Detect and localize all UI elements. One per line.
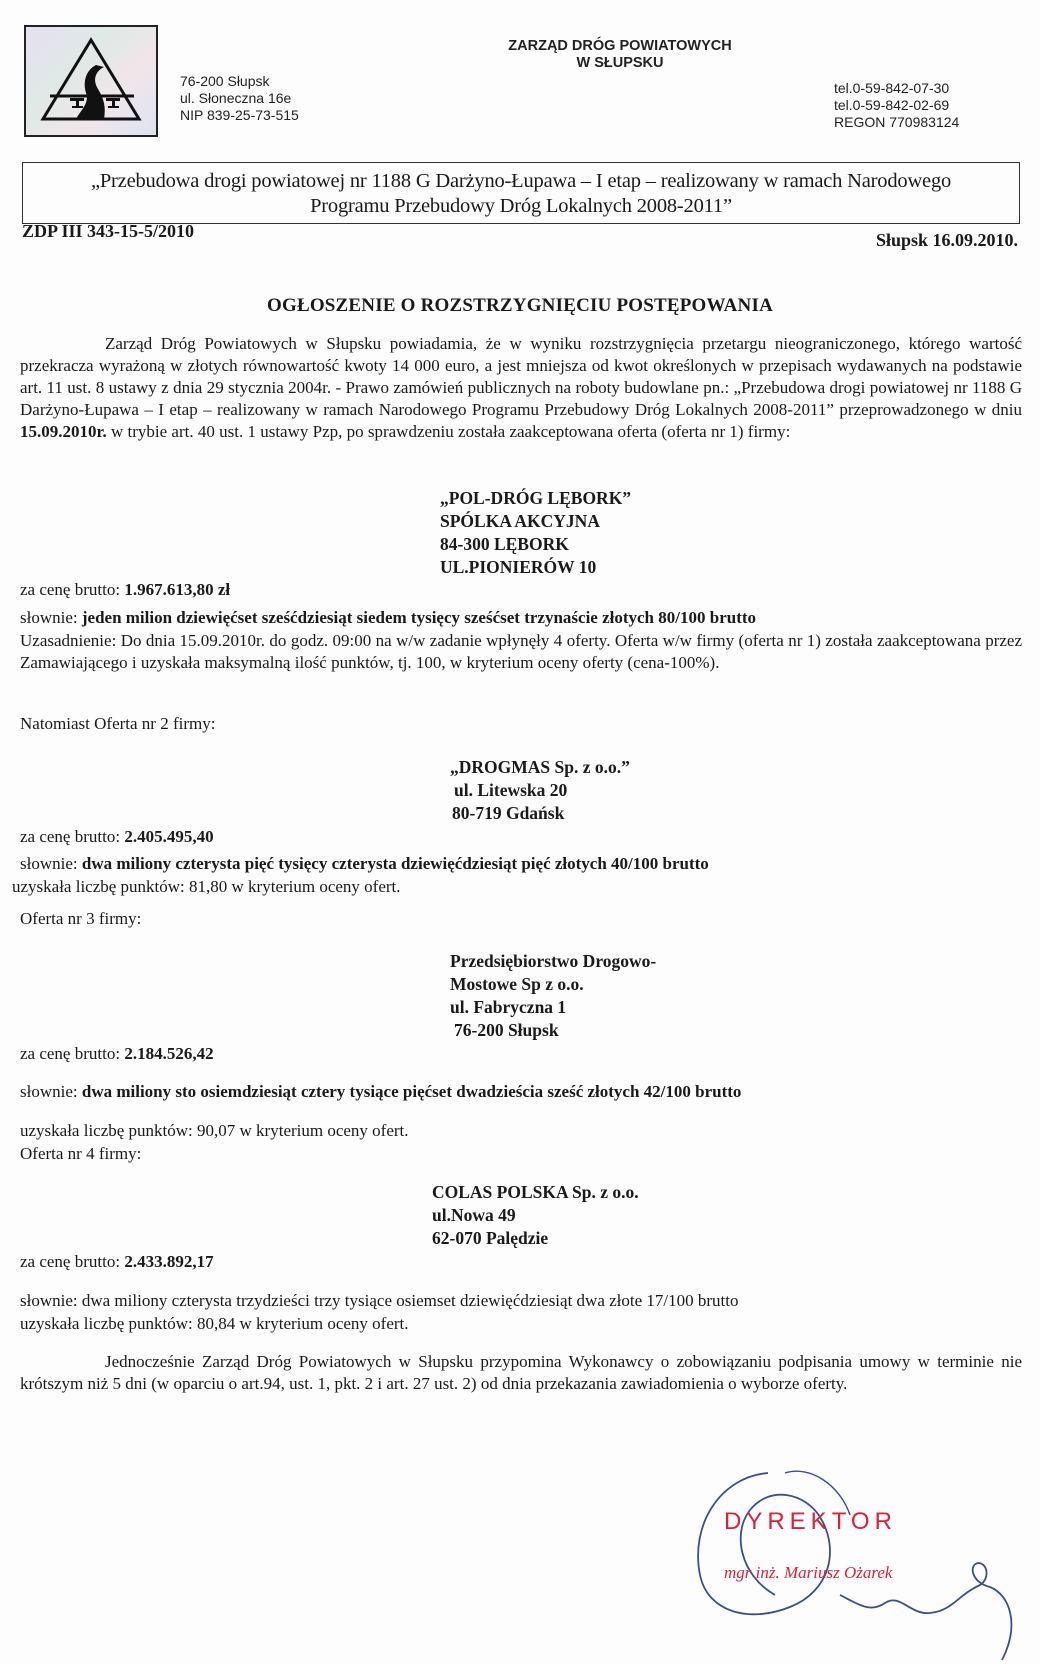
price-label: za cenę brutto: bbox=[20, 580, 124, 599]
project-title-line-1: „Przebudowa drogi powiatowej nr 1188 G D… bbox=[23, 169, 1019, 194]
offer-3-company-name-cont: Mostowe Sp z o.o. bbox=[450, 973, 656, 996]
address-nip: NIP 839-25-73-515 bbox=[180, 107, 299, 124]
intro-text: Zarząd Dróg Powiatowych w Słupsku powiad… bbox=[20, 334, 1022, 419]
offer-3-company-street: ul. Fabryczna 1 bbox=[450, 996, 656, 1019]
contact-regon: REGON 770983124 bbox=[834, 114, 959, 131]
organization-address: 76-200 Słupsk ul. Słoneczna 16e NIP 839-… bbox=[180, 73, 299, 124]
offer-1-company: „POL-DRÓG LĘBORK” SPÓLKA AKCYJNA 84-300 … bbox=[440, 487, 631, 579]
reference-number: ZDP III 343-15-5/2010 bbox=[22, 221, 194, 242]
offer-4-company-street: ul.Nowa 49 bbox=[432, 1204, 639, 1227]
offer-3-heading: Oferta nr 3 firmy: bbox=[20, 908, 141, 930]
offer-3-price-line: za cenę brutto: 2.184.526,42 bbox=[20, 1043, 214, 1065]
offer-4-company: COLAS POLSKA Sp. z o.o. ul.Nowa 49 62-07… bbox=[432, 1181, 639, 1250]
offer-4-price-line: za cenę brutto: 2.433.892,17 bbox=[20, 1251, 214, 1273]
contact-phone-2: tel.0-59-842-02-69 bbox=[834, 97, 959, 114]
organization-contact: tel.0-59-842-07-30 tel.0-59-842-02-69 RE… bbox=[834, 80, 959, 131]
price-label: za cenę brutto: bbox=[20, 827, 124, 846]
stamp-name: mgr inż. Mariusz Ożarek bbox=[724, 1563, 892, 1583]
offer-2-company-name: „DROGMAS Sp. z o.o.” bbox=[450, 756, 630, 779]
offer-3-price-words: dwa miliony sto osiemdziesiąt cztery tys… bbox=[82, 1082, 742, 1101]
organization-name: ZARZĄD DRÓG POWIATOWYCH W SŁUPSKU bbox=[470, 38, 770, 72]
stamp-title: DYREKTOR bbox=[724, 1508, 897, 1536]
offer-4-price-words: dwa miliony czterysta trzydzieści trzy t… bbox=[82, 1291, 739, 1310]
price-label: za cenę brutto: bbox=[20, 1252, 124, 1271]
offer-4-heading: Oferta nr 4 firmy: bbox=[20, 1143, 141, 1165]
offer-1-company-city: 84-300 LĘBORK bbox=[440, 533, 631, 556]
intro-text-end: w trybie art. 40 ust. 1 ustawy Pzp, po s… bbox=[107, 422, 791, 441]
offer-2-heading: Natomiast Oferta nr 2 firmy: bbox=[20, 713, 215, 735]
offer-2-price-words: dwa miliony czterysta pięć tysięcy czter… bbox=[82, 854, 709, 873]
offer-4-price: 2.433.892,17 bbox=[124, 1252, 213, 1271]
road-bridge-triangle-logo-icon bbox=[26, 27, 156, 135]
offer-1-company-type: SPÓLKA AKCYJNA bbox=[440, 510, 631, 533]
offer-4-points: uzyskała liczbę punktów: 80,84 w kryteri… bbox=[20, 1313, 409, 1335]
offer-1-words-line: słownie: jeden milion dziewięćset sześćd… bbox=[20, 607, 756, 629]
project-title-line-2: Programu Przebudowy Dróg Lokalnych 2008-… bbox=[23, 194, 1019, 219]
organization-name-line-1: ZARZĄD DRÓG POWIATOWYCH bbox=[470, 38, 770, 55]
offer-3-company-city: 76-200 Słupsk bbox=[450, 1019, 656, 1042]
project-title-box: „Przebudowa drogi powiatowej nr 1188 G D… bbox=[22, 162, 1020, 224]
document-title: OGŁOSZENIE O ROZSTRZYGNIĘCIU POSTĘPOWANI… bbox=[0, 295, 1040, 317]
offer-2-price: 2.405.495,40 bbox=[124, 827, 213, 846]
address-street: ul. Słoneczna 16e bbox=[180, 90, 299, 107]
offer-1-price-line: za cenę brutto: 1.967.613,80 zł bbox=[20, 579, 230, 601]
words-label: słownie: bbox=[20, 1291, 82, 1310]
words-label: słownie: bbox=[20, 1082, 82, 1101]
offer-2-company-street: ul. Litewska 20 bbox=[450, 779, 630, 802]
offer-4-words-line: słownie: dwa miliony czterysta trzydzieś… bbox=[20, 1290, 739, 1312]
offer-3-words-line: słownie: dwa miliony sto osiemdziesiąt c… bbox=[20, 1081, 741, 1103]
offer-1-price: 1.967.613,80 zł bbox=[124, 580, 230, 599]
offer-2-company: „DROGMAS Sp. z o.o.” ul. Litewska 20 80-… bbox=[450, 756, 630, 825]
offer-4-company-city: 62-070 Palędzie bbox=[432, 1227, 639, 1250]
organization-logo bbox=[24, 25, 158, 137]
offer-3-price: 2.184.526,42 bbox=[124, 1044, 213, 1063]
offer-1-company-name: „POL-DRÓG LĘBORK” bbox=[440, 487, 631, 510]
organization-name-line-2: W SŁUPSKU bbox=[470, 55, 770, 72]
offer-2-points: uzyskała liczbę punktów: 81,80 w kryteri… bbox=[12, 876, 401, 898]
offer-2-price-line: za cenę brutto: 2.405.495,40 bbox=[20, 826, 214, 848]
offer-1-company-street: UL.PIONIERÓW 10 bbox=[440, 556, 631, 579]
contact-phone-1: tel.0-59-842-07-30 bbox=[834, 80, 959, 97]
intro-procedure-date: 15.09.2010r. bbox=[20, 422, 107, 441]
offer-3-points: uzyskała liczbę punktów: 90,07 w kryteri… bbox=[20, 1120, 409, 1142]
closing-paragraph: Jednocześnie Zarząd Dróg Powiatowych w S… bbox=[20, 1351, 1022, 1395]
price-label: za cenę brutto: bbox=[20, 1044, 124, 1063]
offer-1-justification: Uzasadnienie: Do dnia 15.09.2010r. do go… bbox=[20, 630, 1022, 674]
offer-2-company-city: 80-719 Gdańsk bbox=[450, 802, 630, 825]
offer-4-company-name: COLAS POLSKA Sp. z o.o. bbox=[432, 1181, 639, 1204]
offer-1-price-words: jeden milion dziewięćset sześćdziesiąt s… bbox=[82, 608, 756, 627]
address-city: 76-200 Słupsk bbox=[180, 73, 299, 90]
handwritten-signature-icon bbox=[690, 1455, 1040, 1664]
words-label: słownie: bbox=[20, 608, 82, 627]
intro-paragraph: Zarząd Dróg Powiatowych w Słupsku powiad… bbox=[20, 333, 1022, 443]
offer-3-company: Przedsiębiorstwo Drogowo- Mostowe Sp z o… bbox=[450, 950, 656, 1042]
document-date: Słupsk 16.09.2010. bbox=[876, 230, 1018, 251]
offer-2-words-line: słownie: dwa miliony czterysta pięć tysi… bbox=[20, 853, 709, 875]
offer-3-company-name: Przedsiębiorstwo Drogowo- bbox=[450, 950, 656, 973]
words-label: słownie: bbox=[20, 854, 82, 873]
